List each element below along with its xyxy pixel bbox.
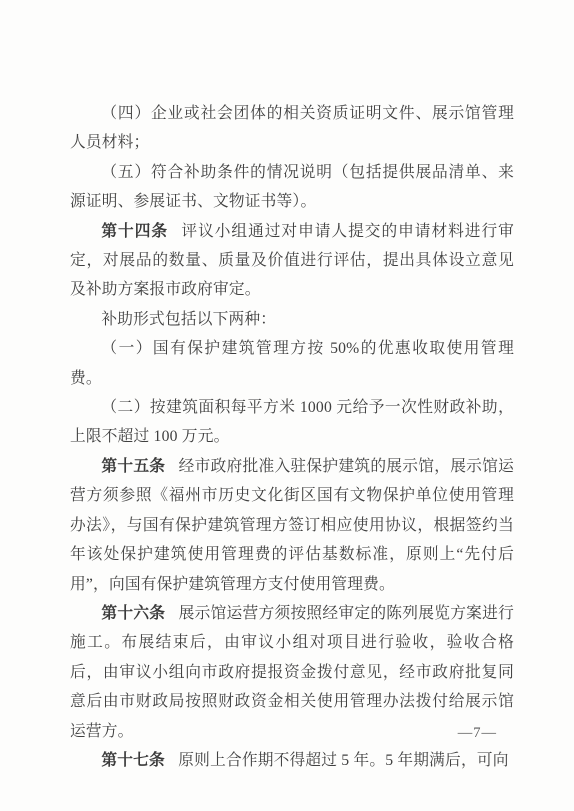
article-paragraph: 第十四条评议小组通过对申请人提交的申请材料进行审定，对展品的数量、质量及价值进行… <box>70 217 514 305</box>
article-number: 第十五条 <box>101 458 165 475</box>
paragraph-text: （二）按建筑面积每平方米 1000 元给予一次性财政补助，上限不超过 100 万… <box>70 399 514 445</box>
paragraph: （一）国有保护建筑管理方按 50%的优惠收取使用管理费。 <box>70 334 514 393</box>
article-paragraph: 第十七条原则上合作期不得超过 5 年。5 年期满后，可向 <box>70 746 514 775</box>
page-footer: —7— <box>458 724 497 742</box>
paragraph: （二）按建筑面积每平方米 1000 元给予一次性财政补助，上限不超过 100 万… <box>70 393 514 452</box>
document-body: （四）企业或社会团体的相关资质证明文件、展示馆管理人员材料；（五）符合补助条件的… <box>70 99 514 775</box>
paragraph: （五）符合补助条件的情况说明（包括提供展品清单、来源证明、参展证书、文物证书等）… <box>70 158 514 217</box>
paragraph: 补助形式包括以下两种： <box>70 305 514 334</box>
paragraph-text: 经市政府批准入驻保护建筑的展示馆，展示馆运营方须参照《福州市历史文化街区国有文物… <box>70 458 514 593</box>
article-paragraph: 第十六条展示馆运营方须按照经审定的陈列展览方案进行施工。布展结束后，由审议小组对… <box>70 599 514 746</box>
paragraph-text: （五）符合补助条件的情况说明（包括提供展品清单、来源证明、参展证书、文物证书等）… <box>70 164 514 210</box>
article-paragraph: 第十五条经市政府批准入驻保护建筑的展示馆，展示馆运营方须参照《福州市历史文化街区… <box>70 452 514 599</box>
paragraph: （四）企业或社会团体的相关资质证明文件、展示馆管理人员材料； <box>70 99 514 158</box>
document-page: （四）企业或社会团体的相关资质证明文件、展示馆管理人员材料；（五）符合补助条件的… <box>0 0 574 811</box>
article-number: 第十四条 <box>101 223 168 240</box>
page-number: —7— <box>458 725 497 741</box>
paragraph-text: （四）企业或社会团体的相关资质证明文件、展示馆管理人员材料； <box>70 105 514 151</box>
paragraph-text: （一）国有保护建筑管理方按 50%的优惠收取使用管理费。 <box>70 340 514 386</box>
paragraph-text: 补助形式包括以下两种： <box>101 311 276 328</box>
paragraph-text: 展示馆运营方须按照经审定的陈列展览方案进行施工。布展结束后，由审议小组对项目进行… <box>70 605 514 740</box>
article-number: 第十六条 <box>101 605 165 622</box>
paragraph-text: 原则上合作期不得超过 5 年。5 年期满后，可向 <box>178 752 508 769</box>
article-number: 第十七条 <box>101 752 165 769</box>
